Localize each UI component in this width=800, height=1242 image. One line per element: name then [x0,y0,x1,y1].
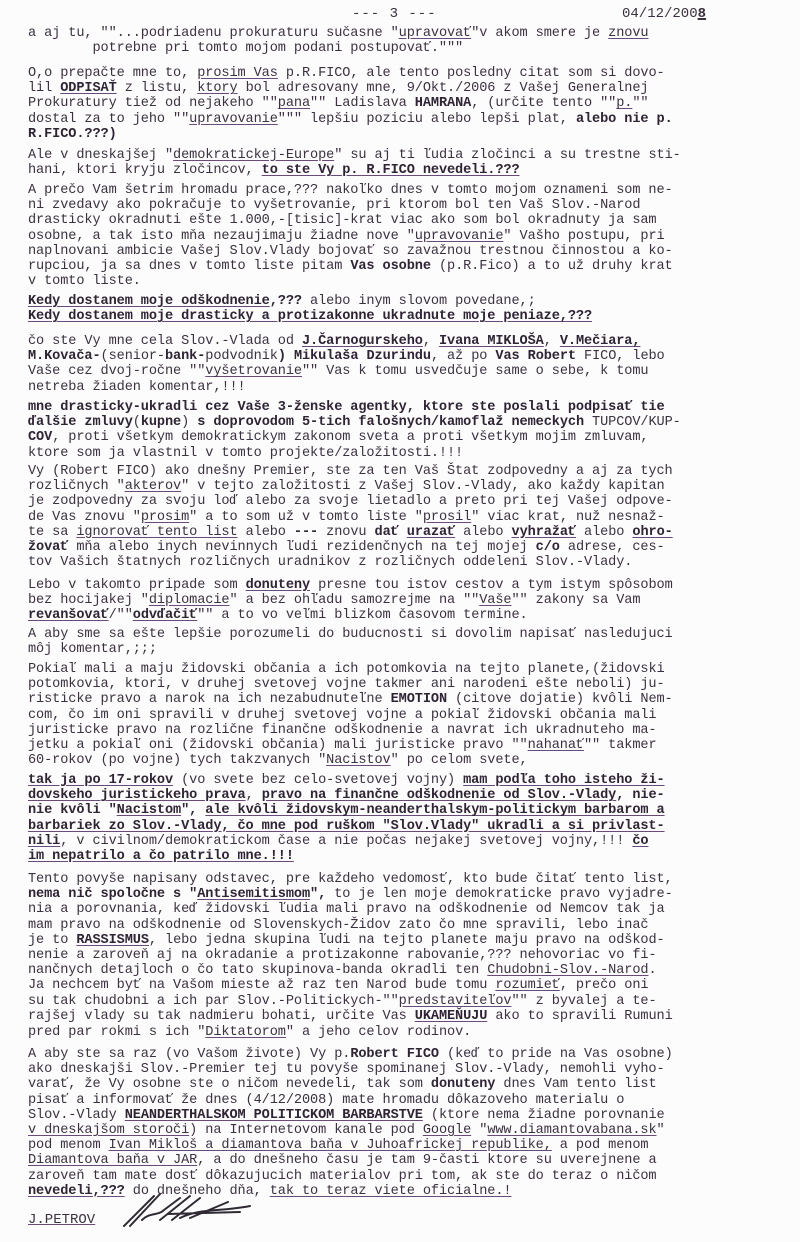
text-run: . [648,963,656,978]
text-run: bol adresovany mne, 9/Okt./2006 z Vašej … [238,81,649,96]
text-run: ktore som ja vlastnil v tomto projekte/z… [28,446,463,461]
text-line: Lebo v takomto pripade som donuteny pres… [28,578,772,593]
text-line: nie kvôli "Nacistom", ale kvôli židovsky… [28,803,772,818]
underlined-text: vyhražať [512,525,576,540]
text-line: Ja nechcem byť na Vašom mieste až raz te… [28,978,772,993]
underlined-text: to ste Vy p. R.FICO nevedeli.??? [262,163,520,178]
paragraph: Lebo v takomto pripade som donuteny pres… [28,578,772,624]
text-line: barbariek zo Slov.-Vlady, čo mne pod ruš… [28,819,772,834]
underlined-text: tak ja po 17-rokov [28,773,173,788]
text-run: židovski [600,662,664,677]
underlined-text: prosil [423,510,471,525]
text-line: juristicke pravo na rozlične finančne od… [28,723,772,738]
bold-text: žovať [28,540,68,555]
bold-text: dať [375,525,399,540]
text-run: su tak chudobni a ich par Slov.-Politick… [28,994,399,1009]
bold-text: ,??? [270,294,310,309]
text-run: osobne, a tak isto mňa nezaujimaju žiadn… [28,229,415,244]
bold-text: nie kvôli " [28,803,117,818]
text-line: a aj tu, ""...podriadenu prokuraturu suč… [28,26,772,41]
text-run: Pokiaľ mali a maju židovski občania a ic… [28,662,600,677]
underlined-text: Vaše [479,593,511,608]
underlined-text: dovskeho juristickeho prava [28,788,246,803]
paragraph: A prečo Vam šetrim hromadu prace,??? nak… [28,183,772,289]
text-run: podvodnik [205,349,278,364]
text-run: Slov.-Vlady [28,1108,125,1123]
text-run: Tento povyše napisany odstavec, pre každ… [28,872,673,887]
text-line: môj komentar,;;; [28,642,772,657]
text-line: Ale v dneskajšej "demokratickej-Europe" … [28,148,772,163]
text-line: nili, v civilnom/demokratickom čase a ni… [28,834,772,849]
bold-text: Vas Robert [495,349,576,364]
bold-text: donuteny [431,1077,495,1092]
text-line: Tento povyše napisany odstavec, pre každ… [28,872,772,887]
text-line: ni zvedavy ako pokračuje to vyšetrovanie… [28,198,772,213]
text-run: Ja nechcem byť na Vašom mieste až raz te… [28,978,495,993]
text-run: mňa alebo inych nevinnych ľudi rezidenčn… [68,540,535,555]
text-run: hani, ktori kryju zločincov, [28,163,262,178]
text-run: , v civilnom/demokratickom čase a nie po… [60,834,632,849]
underlined-text: im nepatrilo a čo patrilo mne.!!! [28,849,294,864]
underlined-text: revanšovať [28,608,109,623]
text-run: Lebo v takomto pripade som [28,578,246,593]
signature-block: J.PETROV [28,1212,95,1228]
text-run: " viac krat, nuž nesnaž- [471,510,664,525]
text-line: mam pravo na odškodnenie od Slovenskych-… [28,918,772,933]
text-run: pisať a informovať že dnes (4/12/2008) m… [28,1093,624,1108]
underlined-text: v dneskajšom storoči [28,1123,189,1138]
text-run: , proti všetkym demokratickym zakonom sv… [52,430,648,445]
text-run: TUPCOV/KUP- [584,415,681,430]
text-run: alebo [576,525,632,540]
underlined-text: diplomacie [149,593,230,608]
text-run: znovu [318,525,374,540]
text-line: R.FICO.???) [28,127,772,142]
text-line: je zodpovedny za svoju loď alebo za svoj… [28,494,772,509]
paragraph: a aj tu, ""...podriadenu prokuraturu suč… [28,26,772,56]
underlined-text: Nacistov [326,753,390,768]
text-run: určite tento "" [495,96,616,111]
text-line: potomkovia, ktori, v druhej svetovej voj… [28,677,772,692]
text-run: zaroveň tam mate dosť dôkazujucich mater… [28,1169,657,1184]
text-run: , [246,788,262,803]
text-line: drasticky okradnuti ešte 1.000,-[tisic]-… [28,213,772,228]
date-prefix: 04/12/200 [622,6,698,22]
underlined-text: Google [423,1123,471,1138]
underlined-text: urazať [407,525,455,540]
text-line: Slov.-Vlady NEANDERTHALSKOM POLITICKOM B… [28,1108,772,1123]
underlined-text: ODPISAŤ [60,81,116,96]
text-line: nema nič spoločne s "Antisemitismom", to… [28,887,772,902]
text-run: (p.R.Fico) a to už druhy krat [431,259,673,274]
underlined-text: Kedy dostanem moje odškodnenie [28,294,270,309]
text-line: čo ste Vy mne cela Slov.-Vlada od J.Čarn… [28,334,772,349]
underlined-text: akterov [125,479,181,494]
underlined-text: UKAMEŇUJU [415,1009,488,1024]
text-run: Vaše cez dvoj-ročne "" [28,364,205,379]
underlined-text: predstaviteľov [399,994,512,1009]
text-run: " Vašho postupu, pri [503,229,664,244]
paragraph: Tento povyše napisany odstavec, pre každ… [28,872,772,1024]
text-line: COV, proti všetkym demokratickym zakonom… [28,430,772,445]
text-line: Kedy dostanem moje odškodnenie,??? alebo… [28,294,772,309]
text-line: hani, ktori kryju zločincov, to ste Vy p… [28,163,772,178]
bold-text: , nie- [616,788,664,803]
text-run: ako to spravili Rumuni [487,1009,672,1024]
text-run: potomkovia, ktori, v druhej svetovej voj… [28,677,665,692]
text-line: žovať mňa alebo inych nevinnych ľudi rez… [28,540,772,555]
bold-text: alebo nie p. [576,112,673,127]
text-line: pod menom Ivan Mikloš a diamantova baňa … [28,1138,772,1153]
underlined-text: ale kvôli židovskym-neanderthalskym-poli… [205,803,664,818]
underlined-text: prosim [141,510,189,525]
text-run: a aj tu, ""...podriadenu prokuraturu suč… [28,26,399,41]
text-run: "" z byvalej a te- [511,994,656,1009]
text-run: rozličnych " [28,479,125,494]
underlined-text: prosim Vas [197,66,278,81]
bold-text: EMOTION [391,692,447,707]
text-line: M.Kovača-(senior-bank-podvodnik) Mikulaš… [28,349,772,364]
text-line: su tak chudobni a ich par Slov.-Politick… [28,994,772,1009]
underlined-text: upravovať [399,26,472,41]
bold-text: kupne [141,415,181,430]
text-run: nenie a zaroveň aj na okradanie a protiz… [28,948,657,963]
bold-text: c/o [536,540,560,555]
paragraph: tak ja po 17-rokov (vo svete bez celo-sv… [28,773,772,864]
underlined-text: nili [28,834,60,849]
text-line: pisať a informovať že dnes (4/12/2008) m… [28,1093,772,1108]
text-run: , lebo jedna skupina ľudi na tejto plane… [149,933,665,948]
text-run: " po celom svete, [391,753,528,768]
paragraph: čo ste Vy mne cela Slov.-Vlada od J.Čarn… [28,334,772,395]
underlined-text: znovu [608,26,648,41]
text-run: dnes Vam tento list [495,1077,656,1092]
text-line: potrebne pri tomto mojom podani postupov… [28,41,772,56]
text-run: "" [632,96,648,111]
bold-text: mne drasticky-ukradli cez Vaše 3-ženske … [28,400,665,415]
underlined-text: tak to teraz viete oficialne.! [270,1184,512,1199]
text-run: je zodpovedny za svoju loď alebo za svoj… [28,494,673,509]
underlined-text: barbariek zo Slov.-Vlady, čo mne pod ruš… [28,819,665,834]
text-run: jetku a pokiaľ oni (židovski občania) ma… [28,738,528,753]
underlined-text: Ivan Mikloš a diamantova baňa v Juhoafri… [109,1138,552,1153]
text-run: " a to som už v tomto liste " [189,510,423,525]
text-line: Prokuratury tiež od nejakeho ""pana"" La… [28,96,772,111]
text-run: ni zvedavy ako pokračuje to vyšetrovanie… [28,198,640,213]
bold-text: s doprovodom 5-tich falošnych/kamoflaž n… [197,415,584,430]
text-line: O,o prepačte mne to, prosim Vas p.R.FICO… [28,66,772,81]
text-line: 60-rokov (po vojne) tych takzvanych "Nac… [28,753,772,768]
text-run: čo ste Vy mne cela Slov.-Vlada od [28,334,302,349]
text-run: a pod menom [552,1138,649,1153]
paragraph: Kedy dostanem moje odškodnenie,??? alebo… [28,294,772,324]
text-run: Prokuratury tiež od nejakeho "" [28,96,278,111]
text-run: alebo [238,525,294,540]
text-run: , ( [471,96,495,111]
text-run: /"" [109,608,133,623]
text-line: naplnovani ambicie Vašej Slov.Vlady bojo… [28,244,772,259]
page-number: --- 3 --- [352,6,437,22]
text-run: pod menom [28,1138,109,1153]
text-line: nia a porovnania, keď židovski ľudia mal… [28,902,772,917]
text-line: v tomto liste. [28,274,772,289]
text-line: im nepatrilo a čo patrilo mne.!!! [28,849,772,864]
bold-text: ", [181,803,205,818]
underlined-text: ignorovať tento list [76,525,237,540]
text-run: " a jeho celov rodinov. [286,1025,471,1040]
underlined-text: NEANDERTHALSKOM POLITICKOM BARBARSTVE [125,1108,423,1123]
letter-date: 04/12/2008 [622,6,706,22]
text-run: , až po [431,349,495,364]
text-run: A prečo Vam šetrim hromadu prace,??? nak… [28,183,673,198]
text-run: tov Vašich štatnych rozličnych uradnikov… [28,555,632,570]
text-run: , [423,334,439,349]
underlined-text: upravovanie [189,112,278,127]
paragraph: mne drasticky-ukradli cez Vaše 3-ženske … [28,400,772,461]
paragraph: pred par rokmi s ich "Diktatorom" a jeho… [28,1025,772,1040]
text-line: dovskeho juristickeho prava, pravo na fi… [28,788,772,803]
underlined-text: Diamantova baňa v JAR [28,1153,197,1168]
text-line: ďalšie zmluvy(kupne) s doprovodom 5-tich… [28,415,772,430]
text-run: Ale v dneskajšej " [28,148,173,163]
text-run: netreba žiaden komentar,!!! [28,380,246,395]
underlined-text: čo [632,834,648,849]
bold-text: --- [294,525,318,540]
text-line: nenie a zaroveň aj na okradanie a protiz… [28,948,772,963]
bold-text: HAMRANA [415,96,471,111]
text-line: A aby ste sa raz (vo Vašom živote) Vy p.… [28,1047,772,1062]
text-run: (senior- [101,349,165,364]
text-run: (vo svete bez celo-svetovej vojny) [173,773,463,788]
underlined-text: nevedeli,??? [28,1184,125,1199]
text-run: " a bez ohľadu samozrejme na "" [229,593,479,608]
text-run: naplnovani ambicie Vašej Slov.Vlady bojo… [28,244,673,259]
text-line: A aby sme sa ešte lepšie porozumeli do b… [28,627,772,642]
text-line: Vy (Robert FICO) ako dnešny Premier, ste… [28,464,772,479]
text-run: " [657,1123,665,1138]
paragraph: A aby ste sa raz (vo Vašom živote) Vy p.… [28,1047,772,1199]
text-line: ktore som ja vlastnil v tomto projekte/z… [28,446,772,461]
underlined-text: pana [278,96,310,111]
text-run: de Vas znovu " [28,510,141,525]
text-run: A aby sme sa ešte lepšie porozumeli do b… [28,627,673,642]
paragraph: O,o prepačte mne to, prosim Vas p.R.FICO… [28,66,772,142]
text-run: z listu, [117,81,198,96]
underlined-text: ohro- [632,525,672,540]
underlined-text: demokratickej-Europe [173,148,334,163]
bold-text: COV [28,430,52,445]
text-line: revanšovať/""odvďačiť"" a to vo veľmi bl… [28,608,772,623]
underlined-text: ktory [197,81,237,96]
bold-text: ", [310,887,326,902]
underlined-text: Chudobni-Slov.-Narod [487,963,648,978]
text-line: Diamantova baňa v JAR, a do dnešneho čas… [28,1153,772,1168]
underlined-text: Nacistom [117,803,181,818]
scanned-letter-page: --- 3 --- 04/12/2008 a aj tu, ""...podri… [0,0,800,1242]
handwritten-signature-icon [120,1190,260,1230]
underlined-text: Ivana MIKLOŠA [439,334,544,349]
text-run: " v tejto založitosti z Vašej Slov.-Vlad… [181,479,664,494]
text-line: Pokiaľ mali a maju židovski občania a ic… [28,662,772,677]
text-line: rupciou, ja sa dnes v tomto liste pitam … [28,259,772,274]
text-line: A prečo Vam šetrim hromadu prace,??? nak… [28,183,772,198]
text-run: p.R.FICO, ale tento posledny citat som s… [278,66,665,81]
text-line: je to RASSISMUS, lebo jedna skupina ľudi… [28,933,772,948]
text-run: ( [133,415,141,430]
text-run: potrebne pri tomto mojom podani postupov… [28,41,463,56]
text-run: to je len moje demokraticke pravo vyjadr… [326,887,672,902]
text-run: nančnych detajloch o čo tato skupinova-b… [28,963,487,978]
text-line: rajšej vlady su tak nadmieru bohati, urč… [28,1009,772,1024]
text-line: nančnych detajloch o čo tato skupinova-b… [28,963,772,978]
underlined-text: odvďačiť [133,608,197,623]
text-line: Kedy dostanem moje drasticky a protizako… [28,309,772,324]
text-run: bez hocijakej " [28,593,149,608]
text-run: môj komentar,;;; [28,642,157,657]
text-line: de Vas znovu "prosim" a to som už v tomt… [28,510,772,525]
underlined-text: V.Mečiara, [560,334,641,349]
bold-text: ďalšie zmluvy [28,415,133,430]
text-run: risticke pravo a narok na ich nezabudnut… [28,692,391,707]
underlined-text: mam podľa toho isteho ži- [463,773,664,788]
text-run: com, čo im oni spravili v druhej svetove… [28,708,657,723]
text-run [399,525,407,540]
text-line: netreba žiaden komentar,!!! [28,380,772,395]
text-line: com, čo im oni spravili v druhej svetove… [28,708,772,723]
text-run: FICO, lebo [576,349,665,364]
bold-text: nema nič spoločne s " [28,887,197,902]
text-line: zaroveň tam mate dosť dôkazujucich mater… [28,1169,772,1184]
text-run: ) na Internetovom kanale pod [189,1123,423,1138]
text-line: varať, že Vy osobne ste o ničom nevedeli… [28,1077,772,1092]
text-run: , a do dnešneho času je tam 9-časti ktor… [197,1153,656,1168]
text-run: rupciou, ja sa dnes v tomto liste pitam [28,259,350,274]
text-line: lil ODPISAŤ z listu, ktory bol adresovan… [28,81,772,96]
text-run: , prečo oni [560,978,649,993]
text-run: (citove dojatie) kvôli Nem- [447,692,673,707]
text-run: "" Ladislava [310,96,415,111]
text-run: O,o prepačte mne to, [28,66,197,81]
text-run: "v akom smere je [471,26,608,41]
underlined-text: pravo na finančne odškodnenie od Slov.-V… [262,788,617,803]
underlined-text: donuteny [246,578,310,593]
underlined-text: vyšetrovanie [205,364,302,379]
paragraph: A aby sme sa ešte lepšie porozumeli do b… [28,627,772,657]
text-run: A aby ste sa raz (vo Vašom živote) Vy p. [28,1047,350,1062]
text-run: 60-rokov (po vojne) tych takzvanych " [28,753,326,768]
bold-text: Robert FICO [350,1047,439,1062]
underlined-text: Antisemitismom [197,887,310,902]
text-run: " su aj ti ľudia zločinci a su trestne s… [334,148,680,163]
date-suffix: 8 [698,6,706,22]
text-run: rajšej vlady su tak nadmieru bohati, urč… [28,1009,415,1024]
underlined-text: RASSISMUS [76,933,149,948]
text-run: drasticky okradnuti ešte 1.000,-[tisic]-… [28,213,657,228]
text-run: ) [181,415,197,430]
text-run: te sa [28,525,76,540]
text-run: "" a to vo veľmi blizkom časovom termine… [197,608,527,623]
paragraph: Pokiaľ mali a maju židovski občania a ic… [28,662,772,768]
bold-text: Vas osobne [350,259,431,274]
text-run: "" takmer [584,738,657,753]
underlined-text: upravovanie [415,229,504,244]
text-run: """ lepšiu poziciu alebo lepši plat, [278,112,576,127]
text-run: pred par rokmi s ich " [28,1025,205,1040]
text-run: juristicke pravo na rozlične finančne od… [28,723,657,738]
text-run: ako dneskajši Slov.-Premier tej tu povyš… [28,1062,665,1077]
text-line: osobne, a tak isto mňa nezaujimaju žiadn… [28,229,772,244]
text-run: varať, že Vy osobne ste o ničom nevedeli… [28,1077,431,1092]
text-run: mam pravo na odškodnenie od Slovenskych-… [28,918,648,933]
text-run: adrese, ces- [560,540,665,555]
text-line: tov Vašich štatnych rozličnych uradnikov… [28,555,772,570]
underlined-text: nahanať [528,738,584,753]
text-line: bez hocijakej "diplomacie" a bez ohľadu … [28,593,772,608]
text-run: (ktore nema žiadne porovnanie [423,1108,665,1123]
underlined-text: Diktatorom [205,1025,286,1040]
text-line: jetku a pokiaľ oni (židovski občania) ma… [28,738,772,753]
text-run: presne tou istov cestov a tym istym spôs… [310,578,673,593]
text-run: , [544,334,560,349]
text-line: tak ja po 17-rokov (vo svete bez celo-sv… [28,773,772,788]
text-line: ako dneskajši Slov.-Premier tej tu povyš… [28,1062,772,1077]
text-run: nia a porovnania, keď židovski ľudia mal… [28,902,665,917]
text-run: lil [28,81,60,96]
text-line: dostal za to jeho ""upravovanie""" lepši… [28,112,772,127]
underlined-text: J.Čarnogurskeho [302,334,423,349]
underlined-text: Kedy dostanem moje drasticky a protizako… [28,309,592,324]
bold-text: bank- [165,349,205,364]
bold-text: R.FICO.???) [28,127,117,142]
paragraph: Ale v dneskajšej "demokratickej-Europe" … [28,148,772,178]
bold-text: ) Mikulaša Dzurindu [278,349,431,364]
underlined-text: www.diamantovabana.sk [487,1123,656,1138]
text-line: risticke pravo a narok na ich nezabudnut… [28,692,772,707]
text-line: pred par rokmi s ich "Diktatorom" a jeho… [28,1025,772,1040]
text-line: v dneskajšom storoči) na Internetovom ka… [28,1123,772,1138]
page-header: --- 3 --- 04/12/2008 [0,6,800,24]
text-line: te sa ignorovať tento list alebo --- zno… [28,525,772,540]
text-run: je to [28,933,76,948]
text-run: "" Vas k tomu usvedčuje same o sebe, k t… [302,364,648,379]
signature-name: J.PETROV [28,1212,95,1228]
underlined-text: p. [616,96,632,111]
text-run: alebo [455,525,511,540]
text-line: mne drasticky-ukradli cez Vaše 3-ženske … [28,400,772,415]
text-run: (keď to pride na Vas osobne) [439,1047,673,1062]
text-run: " [471,1123,487,1138]
text-run: "" zakony sa Vam [511,593,640,608]
text-run: dostal za to jeho "" [28,112,189,127]
bold-text: M.Kovača- [28,349,101,364]
text-run: alebo inym slovom povedane,; [310,294,536,309]
text-line: Vaše cez dvoj-ročne ""vyšetrovanie"" Vas… [28,364,772,379]
text-run: Vy (Robert FICO) ako dnešny Premier, ste… [28,464,673,479]
text-run: v tomto liste. [28,274,141,289]
text-line: rozličnych "akterov" v tejto založitosti… [28,479,772,494]
paragraph: Vy (Robert FICO) ako dnešny Premier, ste… [28,464,772,570]
underlined-text: rozumieť [495,978,559,993]
